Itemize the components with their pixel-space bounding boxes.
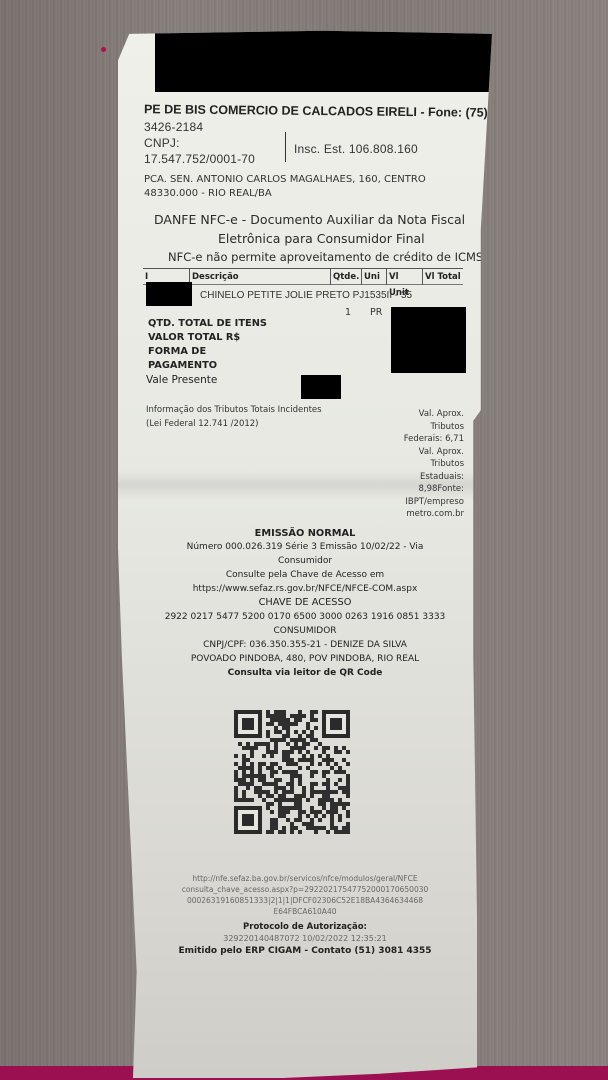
access-key: 2922 0217 5477 5200 0170 6500 3000 0263 … [135,612,475,622]
item-qty: 1 [345,307,351,318]
receipt-paper: PE DE BIS COMERCIO DE CALCADOS EIRELI - … [118,18,492,1078]
danfe-title-1: DANFE NFC-e - Documento Auxiliar da Nota… [154,212,465,227]
footer-url-line: E64FBCA610A40 [135,907,475,916]
footer-url-line: 00026319160851333|2|1|1|DFCF02306C52E18B… [135,896,475,905]
col-unit-value: Vl Unit [386,269,421,285]
col-unit: Uni [361,269,385,285]
payment-method: Vale Presente [146,374,217,386]
tax-approx-line: Federais: 6,71 [404,434,464,444]
tax-approx-line: Tributos [430,459,464,469]
emission-type: EMISSÃO NORMAL [135,528,475,539]
qr-label: Consulta via leitor de QR Code [135,668,475,678]
consumer-address: POVOADO PINDOBA, 480, POV PINDOBA, RIO R… [135,654,475,664]
danfe-title-3: NFC-e não permite aproveitamento de créd… [168,250,483,264]
emission-number: Número 000.026.319 Série 3 Emissão 10/02… [135,542,475,552]
consult-url[interactable]: https://www.sefaz.rs.gov.br/NFCE/NFCE-CO… [135,584,475,594]
qty-total-label: QTD. TOTAL DE ITENS [148,318,267,329]
redacted-payment-value [301,375,341,399]
state-registration: Insc. Est. 106.808.160 [294,142,418,156]
redacted-item-code [146,282,192,306]
tax-info-2: (Lei Federal 12.741 /2012) [146,419,259,429]
protocol-label: Protocolo de Autorização: [135,922,475,932]
issuer-address-2: 48330.000 - RIO REAL/BA [144,188,272,199]
issuer-phone: 3426-2184 [144,120,203,134]
cnpj-label: CNPJ: [144,136,180,150]
issuer-address-1: PCA. SEN. ANTONIO CARLOS MAGALHAES, 160,… [144,174,426,185]
redacted-values [391,307,466,373]
payment-label-1: FORMA DE [148,346,206,357]
col-description: Descrição [189,269,329,285]
tax-approx-line: Tributos [430,422,464,432]
consumer-label: CONSUMIDOR [135,626,475,636]
emission-via: Consumidor [135,556,475,566]
emitted-by: Emitido pelo ERP CIGAM - Contato (51) 30… [135,946,475,956]
payment-label-2: PAGAMENTO [148,360,217,371]
danfe-title-2: Eletrônica para Consumidor Final [218,231,425,246]
divider [285,132,286,162]
cnpj-value: 17.547.752/0001-70 [144,152,255,166]
tax-info-1: Informação dos Tributos Totais Incidente… [146,405,322,415]
footer-url-line: http://nfe.sefaz.ba.gov.br/servicos/nfce… [135,874,475,883]
protocol-value: 329220140487072 10/02/2022 12:35:21 [135,934,475,943]
background-speck [101,47,106,52]
access-key-label: CHAVE DE ACESSO [135,597,475,608]
qr-code[interactable] [234,710,350,834]
col-qty: Qtde. [330,269,360,285]
value-total-label: VALOR TOTAL R$ [148,332,240,343]
tax-approx-line: IBPT/empreso [405,497,464,507]
consult-instruction: Consulte pela Chave de Acesso em [135,570,475,580]
tax-approx-line: Estaduais: [420,472,464,482]
item-unit: PR [370,307,382,318]
issuer-name: PE DE BIS COMERCIO DE CALCADOS EIRELI - … [144,102,488,120]
consumer-id: CNPJ/CPF: 036.350.355-21 - DENIZE DA SIL… [135,640,475,650]
tax-approx-line: metro.com.br [406,509,464,519]
tax-approx-line: Val. Aprox. [419,447,464,457]
item-description: CHINELO PETITE JOLIE PRETO PJ1535II - 35 [200,290,412,301]
footer-url-line: consulta_chave_acesso.aspx?p=29220217547… [135,885,475,894]
tax-approx-line: 8,98Fonte: [418,484,464,494]
col-total-value: Vl Total [422,269,463,285]
tax-approx-line: Val. Aprox. [419,409,464,419]
redacted-header [155,24,507,92]
